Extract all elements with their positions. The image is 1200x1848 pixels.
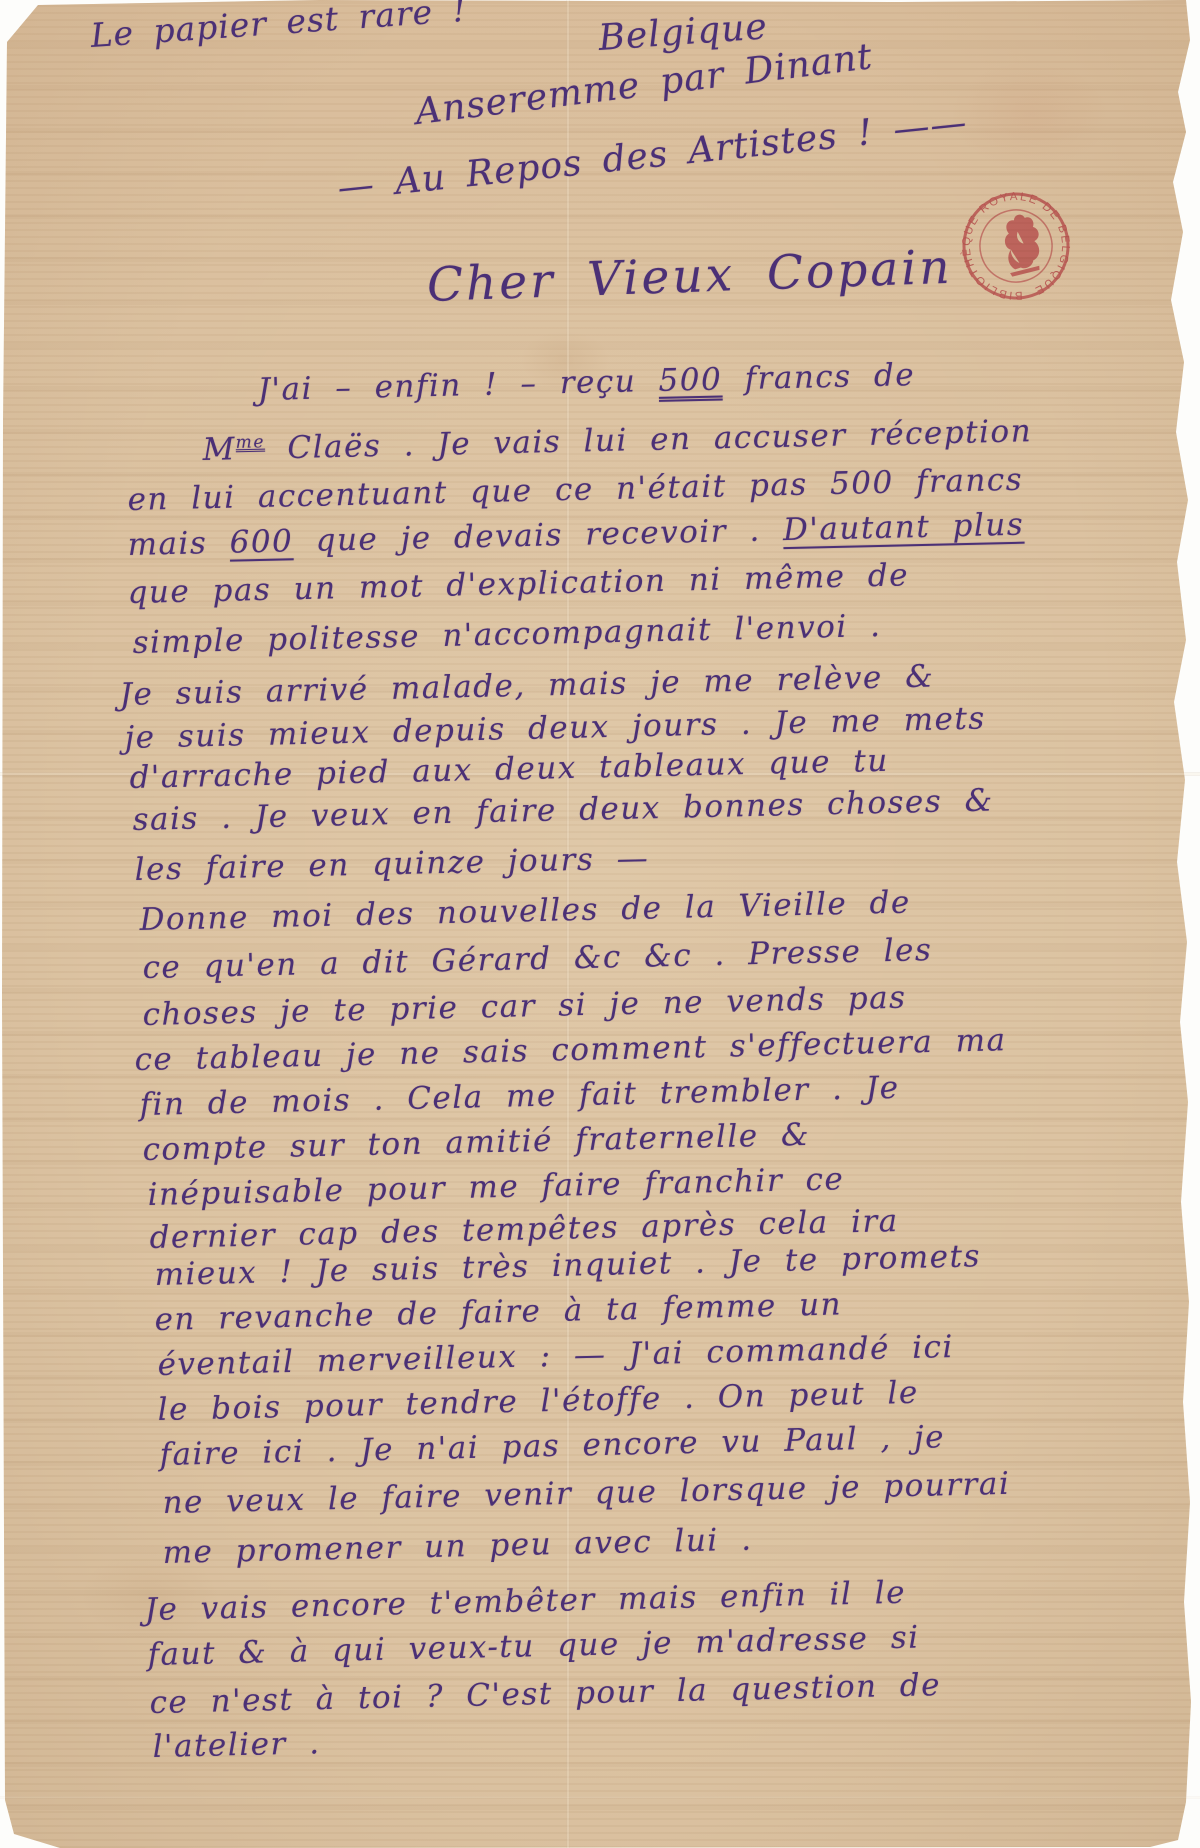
letter-segment-uu: 500 (658, 361, 722, 398)
letter-segment: M (202, 431, 236, 468)
letter-segment-sup: me (235, 432, 265, 453)
scanned-letter: { "letter": { "kind": "handwritten lette… (0, 0, 1200, 1848)
letter-segment: francs de (722, 357, 916, 397)
fold-crease-horizontal-lower (0, 1796, 1200, 1799)
letter-segment-u: 600 (229, 523, 293, 560)
letter-segment: l'atelier . (152, 1725, 321, 1765)
letter-segment: mais (127, 525, 230, 563)
letter-segment-u: D'autant plus (783, 507, 1025, 548)
letter-line: l'atelier . (152, 1725, 321, 1765)
